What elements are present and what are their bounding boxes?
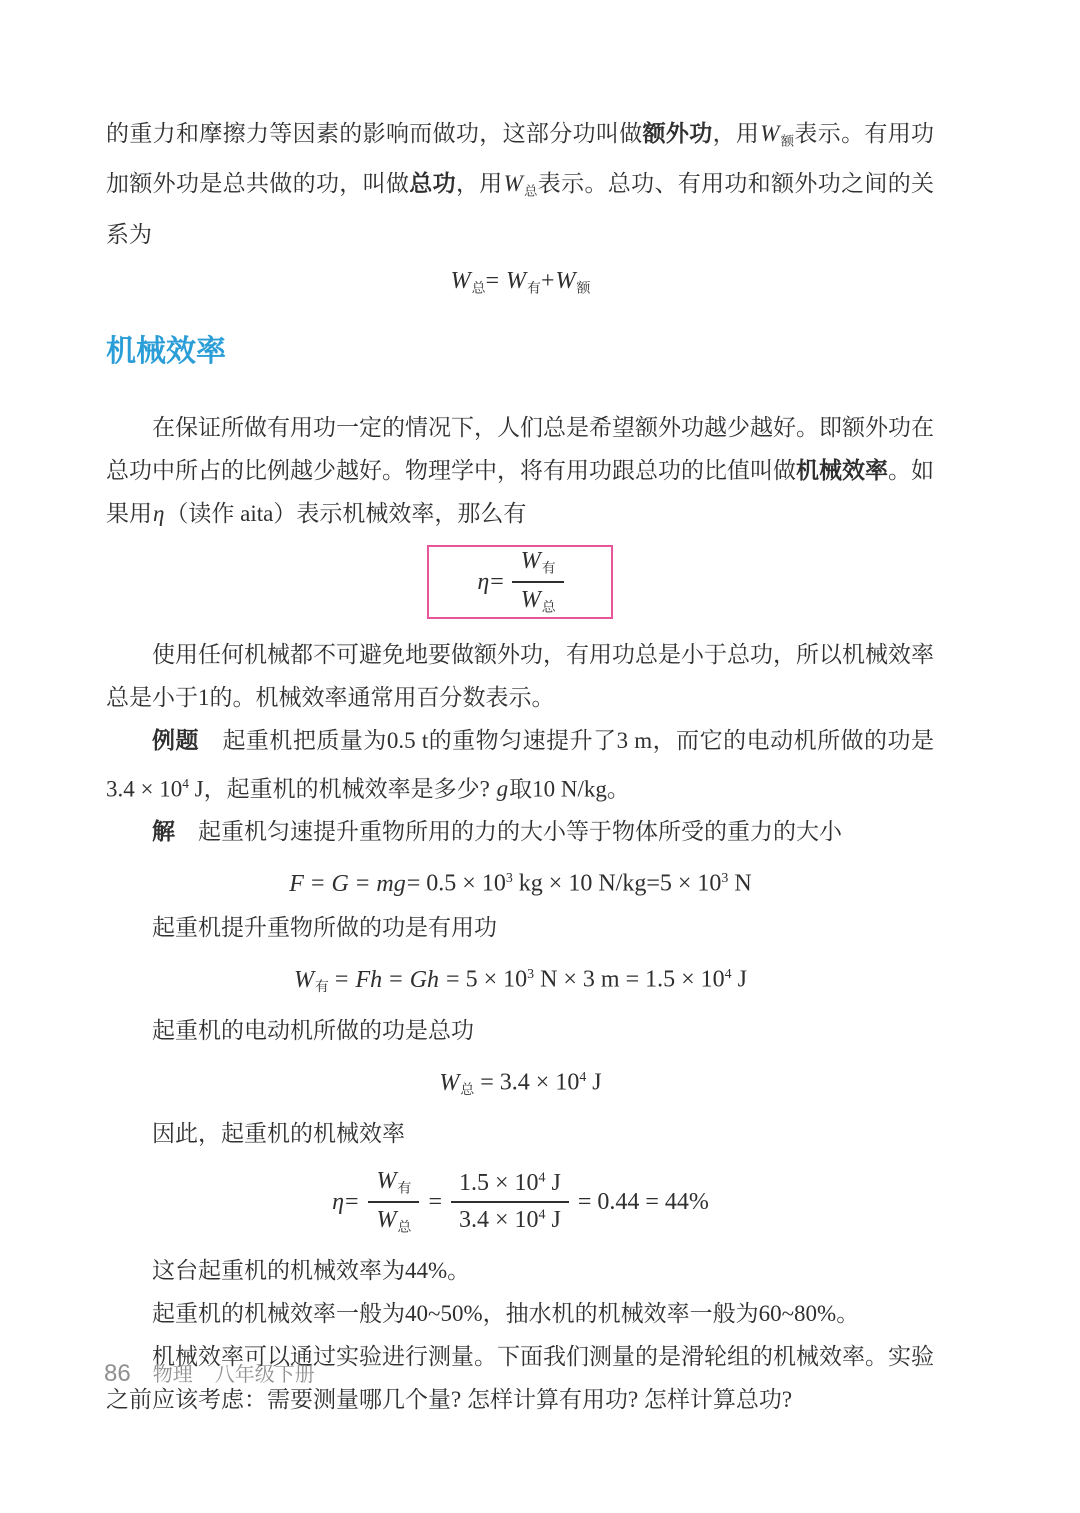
fraction-numerator: 1.5 × 104 J [451,1168,569,1203]
formula-total-work-value: W总 = 3.4 × 104 J [106,1056,934,1112]
paragraph-example: 例题 起重机把质量为0.5 t的重物匀速提升了3 m，而它的电动机所做的功是3.… [106,719,934,810]
paragraph-result: 这台起重机的机械效率为44%。 [106,1249,934,1292]
paragraph-therefore: 因此，起重机的机械效率 [106,1112,934,1155]
fraction-useful-over-total: W有 W总 [512,546,564,618]
efficiency-formula-box: η= W有 W总 [427,545,613,619]
page-content: 的重力和摩擦力等因素的影响而做功，这部分功叫做额外功，用W额表示。有用功加额外功… [106,112,934,1421]
footer-subject: 物理 [153,1358,193,1387]
fraction-denominator: W总 [512,583,564,618]
section-heading-mechanical-efficiency: 机械效率 [106,334,934,370]
fraction-denominator: W总 [368,1203,420,1238]
paragraph-solution: 解 起重机匀速提升重物所用的力的大小等于物体所受的重力的大小 [106,810,934,853]
fraction-numerator: W有 [512,546,564,583]
textbook-page: 的重力和摩擦力等因素的影响而做功，这部分功叫做额外功，用W额表示。有用功加额外功… [0,0,1080,1513]
paragraph-efficiency-definition: 在保证所做有用功一定的情况下，人们总是希望额外功越少越好。即额外功在总功中所占的… [106,406,934,535]
formula-useful-work: W有 = Fh = Gh = 5 × 103 N × 3 m = 1.5 × 1… [106,953,934,1009]
formula-eta-lhs: η= [476,568,503,597]
paragraph-total-work-label: 起重机的电动机所做的功是总功 [106,1009,934,1052]
paragraph-less-than-one: 使用任何机械都不可避免地要做额外功，有用功总是小于总功，所以机械效率总是小于1的… [106,633,934,719]
footer-volume: 八年级下册 [215,1358,315,1387]
paragraph-extra-work: 的重力和摩擦力等因素的影响而做功，这部分功叫做额外功，用W额表示。有用功加额外功… [106,112,934,256]
paragraph-typical-values: 起重机的机械效率一般为40~50%，抽水机的机械效率一般为60~80%。 [106,1292,934,1335]
page-number: 86 [104,1360,131,1388]
fraction-numerator: W有 [368,1166,420,1203]
fraction-numeric: 1.5 × 104 J 3.4 × 104 J [451,1168,569,1236]
fraction-denominator: 3.4 × 104 J [451,1203,569,1236]
formula-force: F = G = mg= 0.5 × 103 kg × 10 N/kg=5 × 1… [106,857,934,906]
eta-calc-lhs: η= [331,1181,358,1224]
page-footer: 86 物理 八年级下册 [104,1358,315,1388]
fraction-symbolic: W有 W总 [368,1166,420,1238]
eta-calc-result: = 0.44 = 44% [578,1181,709,1224]
formula-total-work: W总= W有+W额 [106,260,934,310]
eta-calc-equals: = [428,1181,442,1224]
formula-efficiency-calculation: η= W有 W总 = 1.5 × 104 J 3.4 × 104 J = 0.4… [106,1161,934,1243]
paragraph-useful-work-label: 起重机提升重物所做的功是有用功 [106,906,934,949]
